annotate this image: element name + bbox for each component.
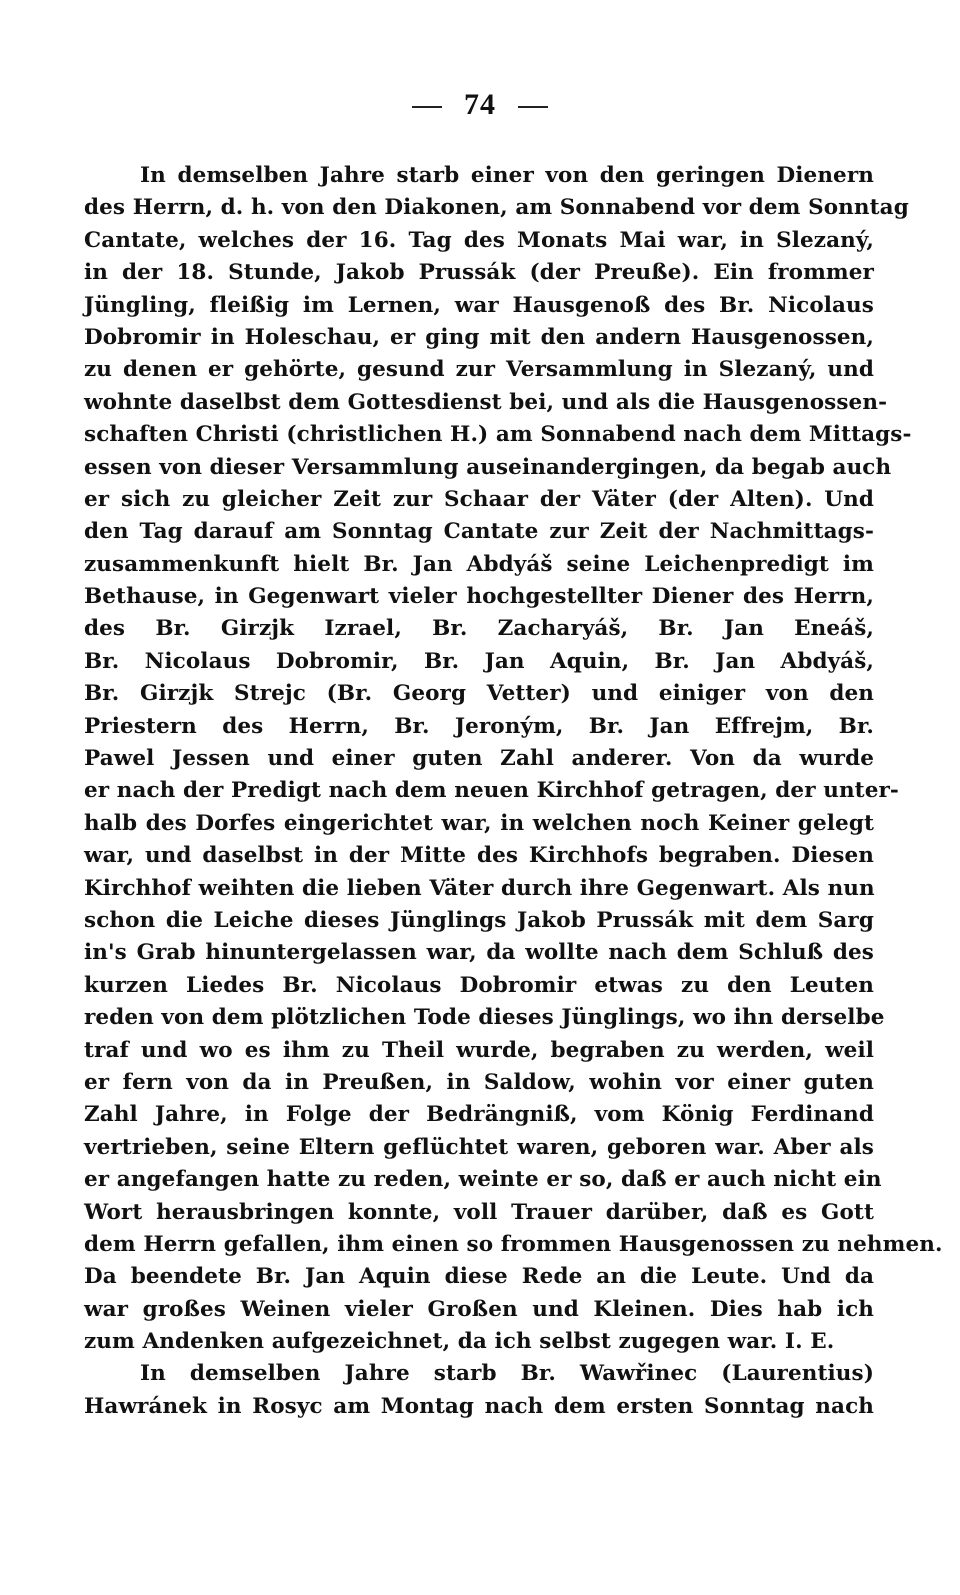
text-line: schaften Christi (christlichen H.) am So… bbox=[84, 419, 874, 451]
text-line: zu denen er gehörte, gesund zur Versamml… bbox=[84, 354, 874, 386]
text-line: In demselben Jahre starb einer von den g… bbox=[84, 160, 874, 192]
text-line: wohnte daselbst dem Gottesdienst bei, un… bbox=[84, 387, 874, 419]
text-line: des Br. Girzjk Izrael, Br. Zacharyáš, Br… bbox=[84, 613, 874, 645]
text-line: Jüngling, fleißig im Lernen, war Hausgen… bbox=[84, 290, 874, 322]
text-line: Pawel Jessen und einer guten Zahl andere… bbox=[84, 743, 874, 775]
text-line: er fern von da in Preußen, in Saldow, wo… bbox=[84, 1067, 874, 1099]
page-number: 74 bbox=[464, 88, 496, 121]
text-line: war, und daselbst in der Mitte des Kirch… bbox=[84, 840, 874, 872]
text-line: zusammenkunft hielt Br. Jan Abdyáš seine… bbox=[84, 549, 874, 581]
text-line: schon die Leiche dieses Jünglings Jakob … bbox=[84, 905, 874, 937]
text-line: Cantate, welches der 16. Tag des Monats … bbox=[84, 225, 874, 257]
text-line: Hawránek in Rosyc am Montag nach dem ers… bbox=[84, 1391, 874, 1423]
text-line: traf und wo es ihm zu Theil wurde, begra… bbox=[84, 1035, 874, 1067]
text-line: essen von dieser Versammlung auseinander… bbox=[84, 452, 874, 484]
text-line: war großes Weinen vieler Großen und Klei… bbox=[84, 1294, 874, 1326]
text-line: reden von dem plötzlichen Tode dieses Jü… bbox=[84, 1002, 874, 1034]
body-text: In demselben Jahre starb einer von den g… bbox=[84, 160, 874, 1423]
text-line: halb des Dorfes eingerichtet war, in wel… bbox=[84, 808, 874, 840]
text-line: Da beendete Br. Jan Aquin diese Rede an … bbox=[84, 1261, 874, 1293]
text-line: Zahl Jahre, in Folge der Bedrängniß, vom… bbox=[84, 1099, 874, 1131]
text-line: In demselben Jahre starb Br. Wawřinec (L… bbox=[84, 1358, 874, 1390]
page-number-header: 74 bbox=[0, 88, 960, 122]
text-line: dem Herrn gefallen, ihm einen so frommen… bbox=[84, 1229, 874, 1261]
text-line: Priestern des Herrn, Br. Jeroným, Br. Ja… bbox=[84, 711, 874, 743]
text-line: kurzen Liedes Br. Nicolaus Dobromir etwa… bbox=[84, 970, 874, 1002]
text-line: Dobromir in Holeschau, er ging mit den a… bbox=[84, 322, 874, 354]
text-line: des Herrn, d. h. von den Diakonen, am So… bbox=[84, 192, 874, 224]
text-line: in's Grab hinuntergelassen war, da wollt… bbox=[84, 937, 874, 969]
text-line: in der 18. Stunde, Jakob Prussák (der Pr… bbox=[84, 257, 874, 289]
text-line: Bethause, in Gegenwart vieler hochgestel… bbox=[84, 581, 874, 613]
text-line: den Tag darauf am Sonntag Cantate zur Ze… bbox=[84, 516, 874, 548]
text-line: er sich zu gleicher Zeit zur Schaar der … bbox=[84, 484, 874, 516]
text-line: zum Andenken aufgezeichnet, da ich selbs… bbox=[84, 1326, 874, 1358]
left-dash-ornament bbox=[412, 106, 442, 108]
text-line: Br. Nicolaus Dobromir, Br. Jan Aquin, Br… bbox=[84, 646, 874, 678]
text-line: vertrieben, seine Eltern geflüchtet ware… bbox=[84, 1132, 874, 1164]
text-line: er angefangen hatte zu reden, weinte er … bbox=[84, 1164, 874, 1196]
text-line: Br. Girzjk Strejc (Br. Georg Vetter) und… bbox=[84, 678, 874, 710]
text-line: Kirchhof weihten die lieben Väter durch … bbox=[84, 873, 874, 905]
right-dash-ornament bbox=[518, 106, 548, 108]
text-line: er nach der Predigt nach dem neuen Kirch… bbox=[84, 775, 874, 807]
text-line: Wort herausbringen konnte, voll Trauer d… bbox=[84, 1197, 874, 1229]
